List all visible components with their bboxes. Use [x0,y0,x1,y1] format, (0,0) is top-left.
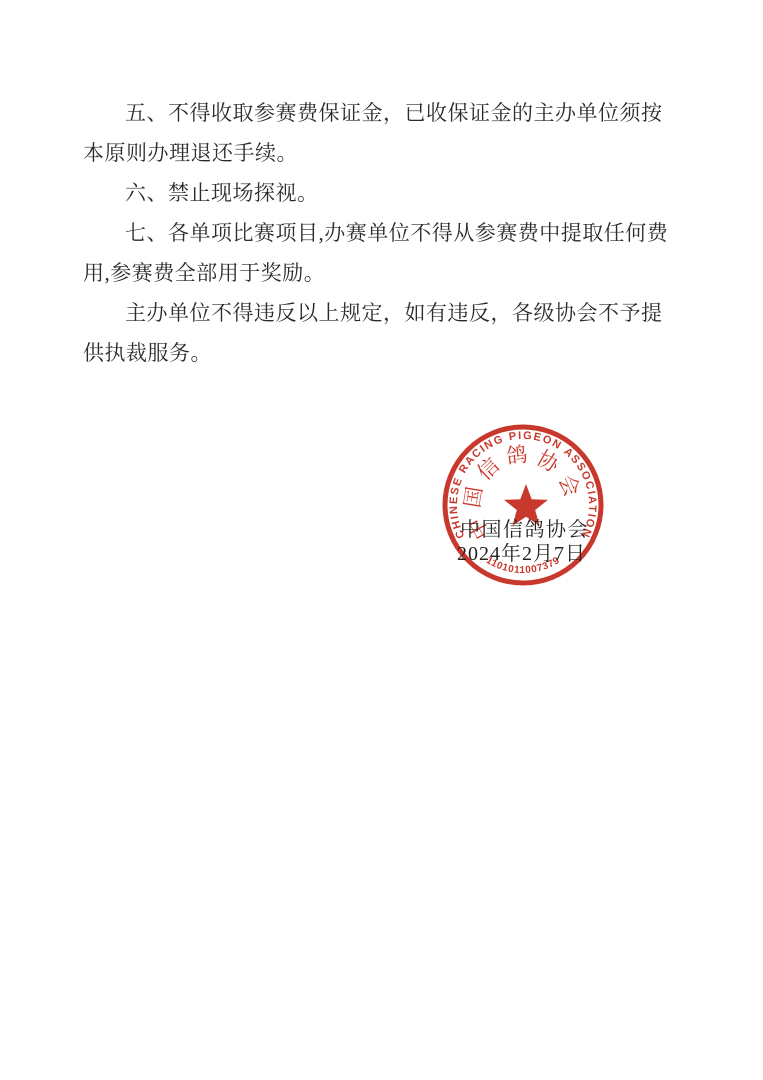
paragraph: 七、各单项比赛项目,办赛单位不得从参赛费中提取任何费用,参赛费全部用于奖励。 [83,213,675,293]
document-page: 五、不得收取参赛费保证金，已收保证金的主办单位须按本原则办理退还手续。 六、禁止… [0,0,763,1080]
signature-date: 2024年2月7日 [457,542,586,566]
paragraph: 六、禁止现场探视。 [83,173,675,213]
seal-char: 国 [460,485,487,509]
paragraph: 五、不得收取参赛费保证金，已收保证金的主办单位须按本原则办理退还手续。 [83,93,675,173]
paragraph: 主办单位不得违反以上规定，如有违反，各级协会不予提供执裁服务。 [83,293,675,373]
signature-org-name: 中国信鸽协会 [460,518,589,542]
document-body: 五、不得收取参赛费保证金，已收保证金的主办单位须按本原则办理退还手续。 六、禁止… [83,93,675,373]
seal-char: 鸽 [505,442,529,468]
